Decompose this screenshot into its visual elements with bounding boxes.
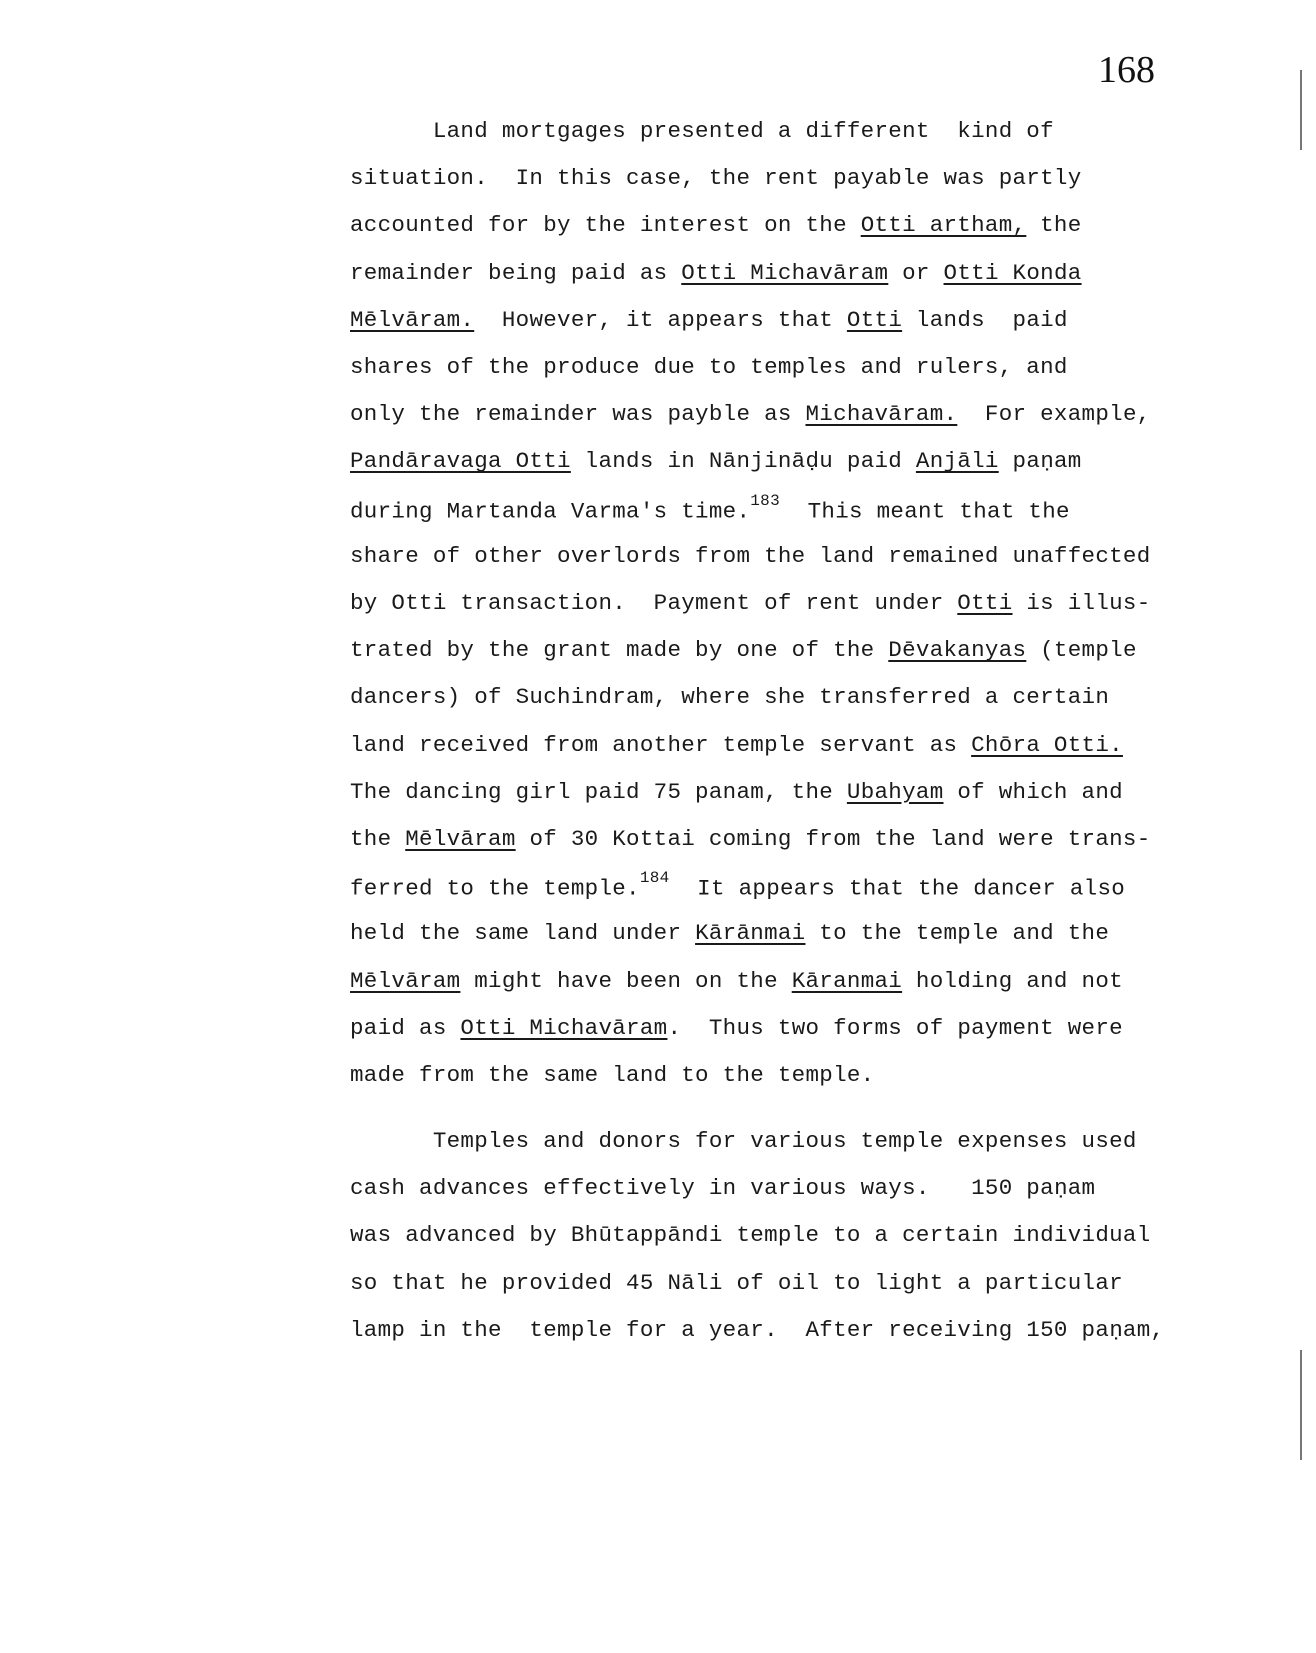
text-run: paid as (350, 1015, 460, 1041)
text-run: only the remainder was payble as (350, 401, 805, 427)
text-line: Land mortgages presented a different kin… (350, 118, 1054, 144)
underlined-term: Mēlvāram (405, 826, 515, 852)
text-run: cash advances effectively in various way… (350, 1175, 1095, 1201)
underlined-term: Otti Michavāram (681, 260, 888, 286)
text-run: (temple (1026, 637, 1136, 663)
text-run: to the temple and the (805, 920, 1109, 946)
text-line: during Martanda Varma's time.183 This me… (350, 496, 1070, 525)
text-line: held the same land under Kārānmai to the… (350, 920, 1109, 946)
underlined-term: Pandāravaga Otti (350, 448, 571, 474)
page-number: 168 (1098, 48, 1155, 92)
footnote-ref: 183 (750, 492, 780, 510)
text-line: paid as Otti Michavāram. Thus two forms … (350, 1015, 1123, 1041)
underlined-term: Anjāli (916, 448, 999, 474)
text-run: lands paid (902, 307, 1068, 333)
text-run: Land mortgages presented a different kin… (350, 118, 1054, 144)
text-line: situation. In this case, the rent payabl… (350, 165, 1082, 191)
underlined-term: Mēlvāram. (350, 307, 474, 333)
text-run: is illus- (1013, 590, 1151, 616)
text-run: the (1026, 212, 1081, 238)
text-run: of 30 Kottai coming from the land were t… (516, 826, 1151, 852)
text-line: Mēlvāram. However, it appears that Otti … (350, 307, 1068, 333)
text-line: trated by the grant made by one of the D… (350, 637, 1137, 663)
underlined-term: Michavāram. (805, 401, 957, 427)
text-run: the (350, 826, 405, 852)
text-run: by Otti transaction. Payment of rent und… (350, 590, 957, 616)
text-run: dancers) of Suchindram, where she transf… (350, 684, 1109, 710)
text-run: or (888, 260, 943, 286)
text-line: share of other overlords from the land r… (350, 543, 1151, 569)
text-line: ferred to the temple.184 It appears that… (350, 873, 1125, 902)
text-run: The dancing girl paid 75 panam, the (350, 779, 847, 805)
text-run: share of other overlords from the land r… (350, 543, 1151, 569)
text-line: only the remainder was payble as Michavā… (350, 401, 1151, 427)
margin-rule (1300, 1350, 1302, 1460)
text-run: For example, (957, 401, 1150, 427)
text-run: situation. In this case, the rent payabl… (350, 165, 1082, 191)
text-line: remainder being paid as Otti Michavāram … (350, 260, 1082, 286)
text-line: shares of the produce due to temples and… (350, 354, 1068, 380)
underlined-term: Otti (957, 590, 1012, 616)
text-run: remainder being paid as (350, 260, 681, 286)
text-run: It appears that the dancer also (670, 876, 1125, 902)
text-run: made from the same land to the temple. (350, 1062, 874, 1088)
text-run: ferred to the temple. (350, 876, 640, 902)
underlined-term: Chōra Otti. (971, 732, 1123, 758)
text-line: so that he provided 45 Nāli of oil to li… (350, 1270, 1123, 1296)
text-run: held the same land under (350, 920, 695, 946)
text-line: made from the same land to the temple. (350, 1062, 874, 1088)
text-run: holding and not (902, 968, 1123, 994)
text-line: The dancing girl paid 75 panam, the Ubah… (350, 779, 1123, 805)
text-run: might have been on the (460, 968, 791, 994)
text-line: cash advances effectively in various way… (350, 1175, 1095, 1201)
text-line: accounted for by the interest on the Ott… (350, 212, 1082, 238)
text-run: accounted for by the interest on the (350, 212, 861, 238)
text-line: Mēlvāram might have been on the Kāranmai… (350, 968, 1123, 994)
footnote-ref: 184 (640, 869, 670, 887)
text-run: Temples and donors for various temple ex… (350, 1128, 1137, 1154)
text-run: This meant that the (780, 498, 1070, 524)
underlined-term: Otti artham, (861, 212, 1027, 238)
text-run: lands in Nānjināḍu paid (571, 448, 916, 474)
underlined-term: Mēlvāram (350, 968, 460, 994)
text-line: Temples and donors for various temple ex… (350, 1128, 1137, 1154)
text-run: during Martanda Varma's time. (350, 498, 750, 524)
text-line: Pandāravaga Otti lands in Nānjināḍu paid… (350, 448, 1082, 474)
underlined-term: Kārānmai (695, 920, 805, 946)
text-run: was advanced by Bhūtappāndi temple to a … (350, 1222, 1151, 1248)
underlined-term: Otti Michavāram (460, 1015, 667, 1041)
text-line: by Otti transaction. Payment of rent und… (350, 590, 1151, 616)
text-line: dancers) of Suchindram, where she transf… (350, 684, 1109, 710)
text-run: of which and (944, 779, 1123, 805)
underlined-term: Ubahyam (847, 779, 944, 805)
text-run: trated by the grant made by one of the (350, 637, 888, 663)
underlined-term: Otti Konda (944, 260, 1082, 286)
text-run: . Thus two forms of payment were (667, 1015, 1122, 1041)
underlined-term: Otti (847, 307, 902, 333)
text-run: lamp in the temple for a year. After rec… (350, 1317, 1164, 1343)
text-line: was advanced by Bhūtappāndi temple to a … (350, 1222, 1151, 1248)
text-line: land received from another temple servan… (350, 732, 1123, 758)
text-run: land received from another temple servan… (350, 732, 971, 758)
text-run: shares of the produce due to temples and… (350, 354, 1068, 380)
text-run: paṇam (999, 448, 1082, 474)
underlined-term: Dēvakanyas (888, 637, 1026, 663)
text-line: lamp in the temple for a year. After rec… (350, 1317, 1164, 1343)
text-run: so that he provided 45 Nāli of oil to li… (350, 1270, 1123, 1296)
text-line: the Mēlvāram of 30 Kottai coming from th… (350, 826, 1151, 852)
text-run: However, it appears that (474, 307, 847, 333)
underlined-term: Kāranmai (792, 968, 902, 994)
margin-rule (1300, 70, 1302, 150)
